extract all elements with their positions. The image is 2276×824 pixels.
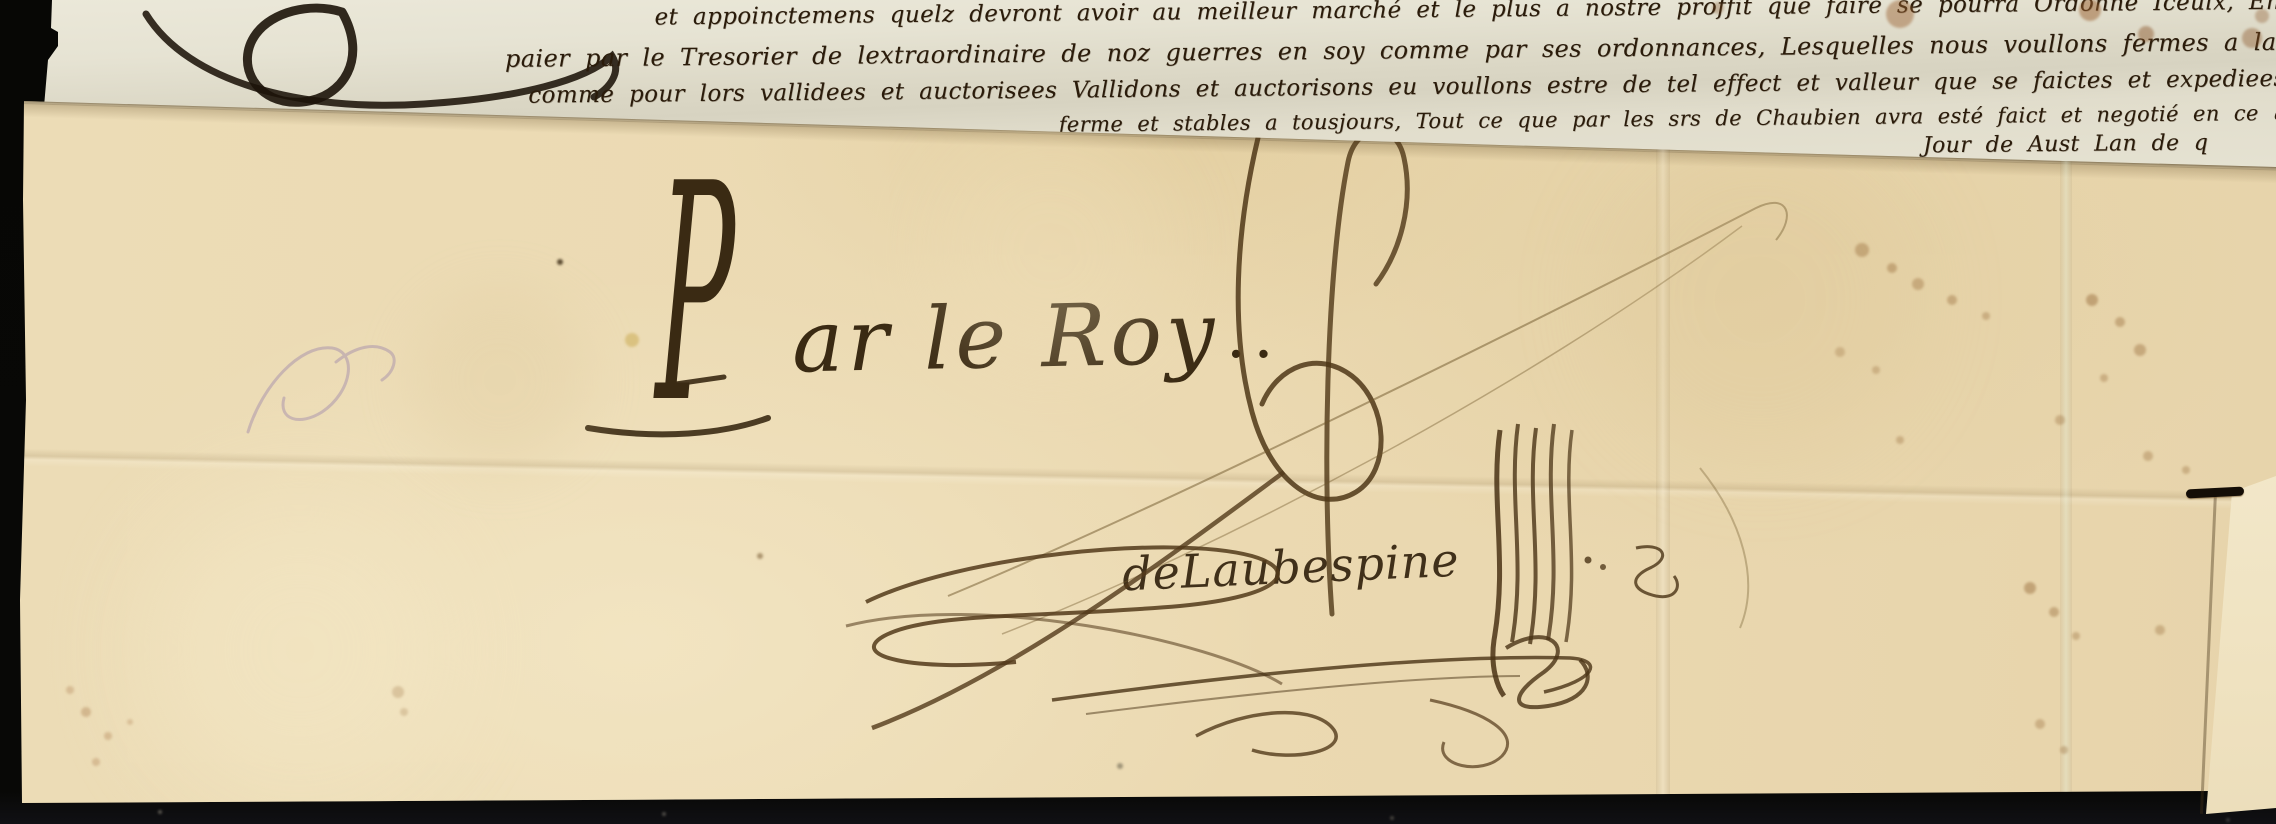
swash-loop xyxy=(247,8,352,102)
stain-spot xyxy=(81,707,91,717)
stain-spot xyxy=(1117,763,1123,769)
stain-spot xyxy=(2226,818,2230,822)
stain-spot xyxy=(104,732,112,740)
bottom-curl xyxy=(1196,713,1336,756)
stain-spot xyxy=(557,259,563,265)
stain-spot xyxy=(2143,451,2153,461)
stain-spot xyxy=(400,708,408,716)
stain-spot xyxy=(92,758,100,766)
stain-spot xyxy=(1896,436,1904,444)
manuscript-line: et appoinctemens quelz devront avoir au … xyxy=(654,0,2276,30)
stain-spot xyxy=(150,500,450,800)
stain-spot xyxy=(158,810,162,814)
stain-spot xyxy=(392,686,404,698)
royal-endorsement: P ar le Roy ·· xyxy=(660,140,1360,470)
stain-spot xyxy=(2182,466,2190,474)
stain-spot xyxy=(2086,294,2098,306)
stain-spot xyxy=(757,553,763,559)
crossed-flourish xyxy=(846,614,1282,684)
stain-spot xyxy=(127,719,133,725)
stain-spot xyxy=(1600,140,1920,460)
stain-spot xyxy=(1872,366,1880,374)
manuscript-line: Jour de Aust Lan de q xyxy=(1923,131,2209,159)
stain-spot xyxy=(2049,607,2059,617)
endorsement-text: ar le Roy xyxy=(791,284,1220,393)
stain-spot xyxy=(2155,625,2165,635)
stain-spot xyxy=(1887,263,1897,273)
manuscript-line: paier par le Tresorier de lextraordinair… xyxy=(505,26,2276,73)
underline-sweep xyxy=(1052,658,1591,700)
stain-spot xyxy=(2024,582,2036,594)
stain-spot xyxy=(1947,295,1957,305)
manuscript-line: comme pour lors vallidees et auctorisees… xyxy=(528,65,2276,109)
stain-spot xyxy=(625,333,639,347)
stain-spot xyxy=(2100,374,2108,382)
stain-spot xyxy=(2072,632,2080,640)
stain-spot xyxy=(662,812,666,816)
stain-spot xyxy=(1912,278,1924,290)
stain-spot xyxy=(1835,347,1845,357)
crossed-flourish xyxy=(872,472,1284,728)
manuscript-photo: et appoinctemens quelz devront avoir au … xyxy=(0,0,2276,824)
stain-spot xyxy=(1982,312,1990,320)
secretary-signature: deLaubespine xyxy=(1121,533,1461,602)
vertical-fold-crease xyxy=(1656,128,1670,824)
endorsement-initial: P xyxy=(654,152,736,437)
stain-spot xyxy=(66,686,74,694)
stain-spot xyxy=(410,290,590,470)
stain-spot xyxy=(2134,344,2146,356)
manuscript-text-block: et appoinctemens quelz devront avoir au … xyxy=(0,0,2276,6)
stain-spot xyxy=(2115,317,2125,327)
bottom-curl xyxy=(1430,700,1508,767)
paraph-knot xyxy=(1506,637,1588,707)
stain-spot xyxy=(1390,816,1394,820)
underline-sweep xyxy=(1086,676,1520,714)
stain-spot xyxy=(2035,719,2045,729)
stain-spot xyxy=(1855,243,1869,257)
endorsement-dots: ·· xyxy=(1226,318,1281,392)
vertical-fold-crease xyxy=(2060,150,2072,824)
